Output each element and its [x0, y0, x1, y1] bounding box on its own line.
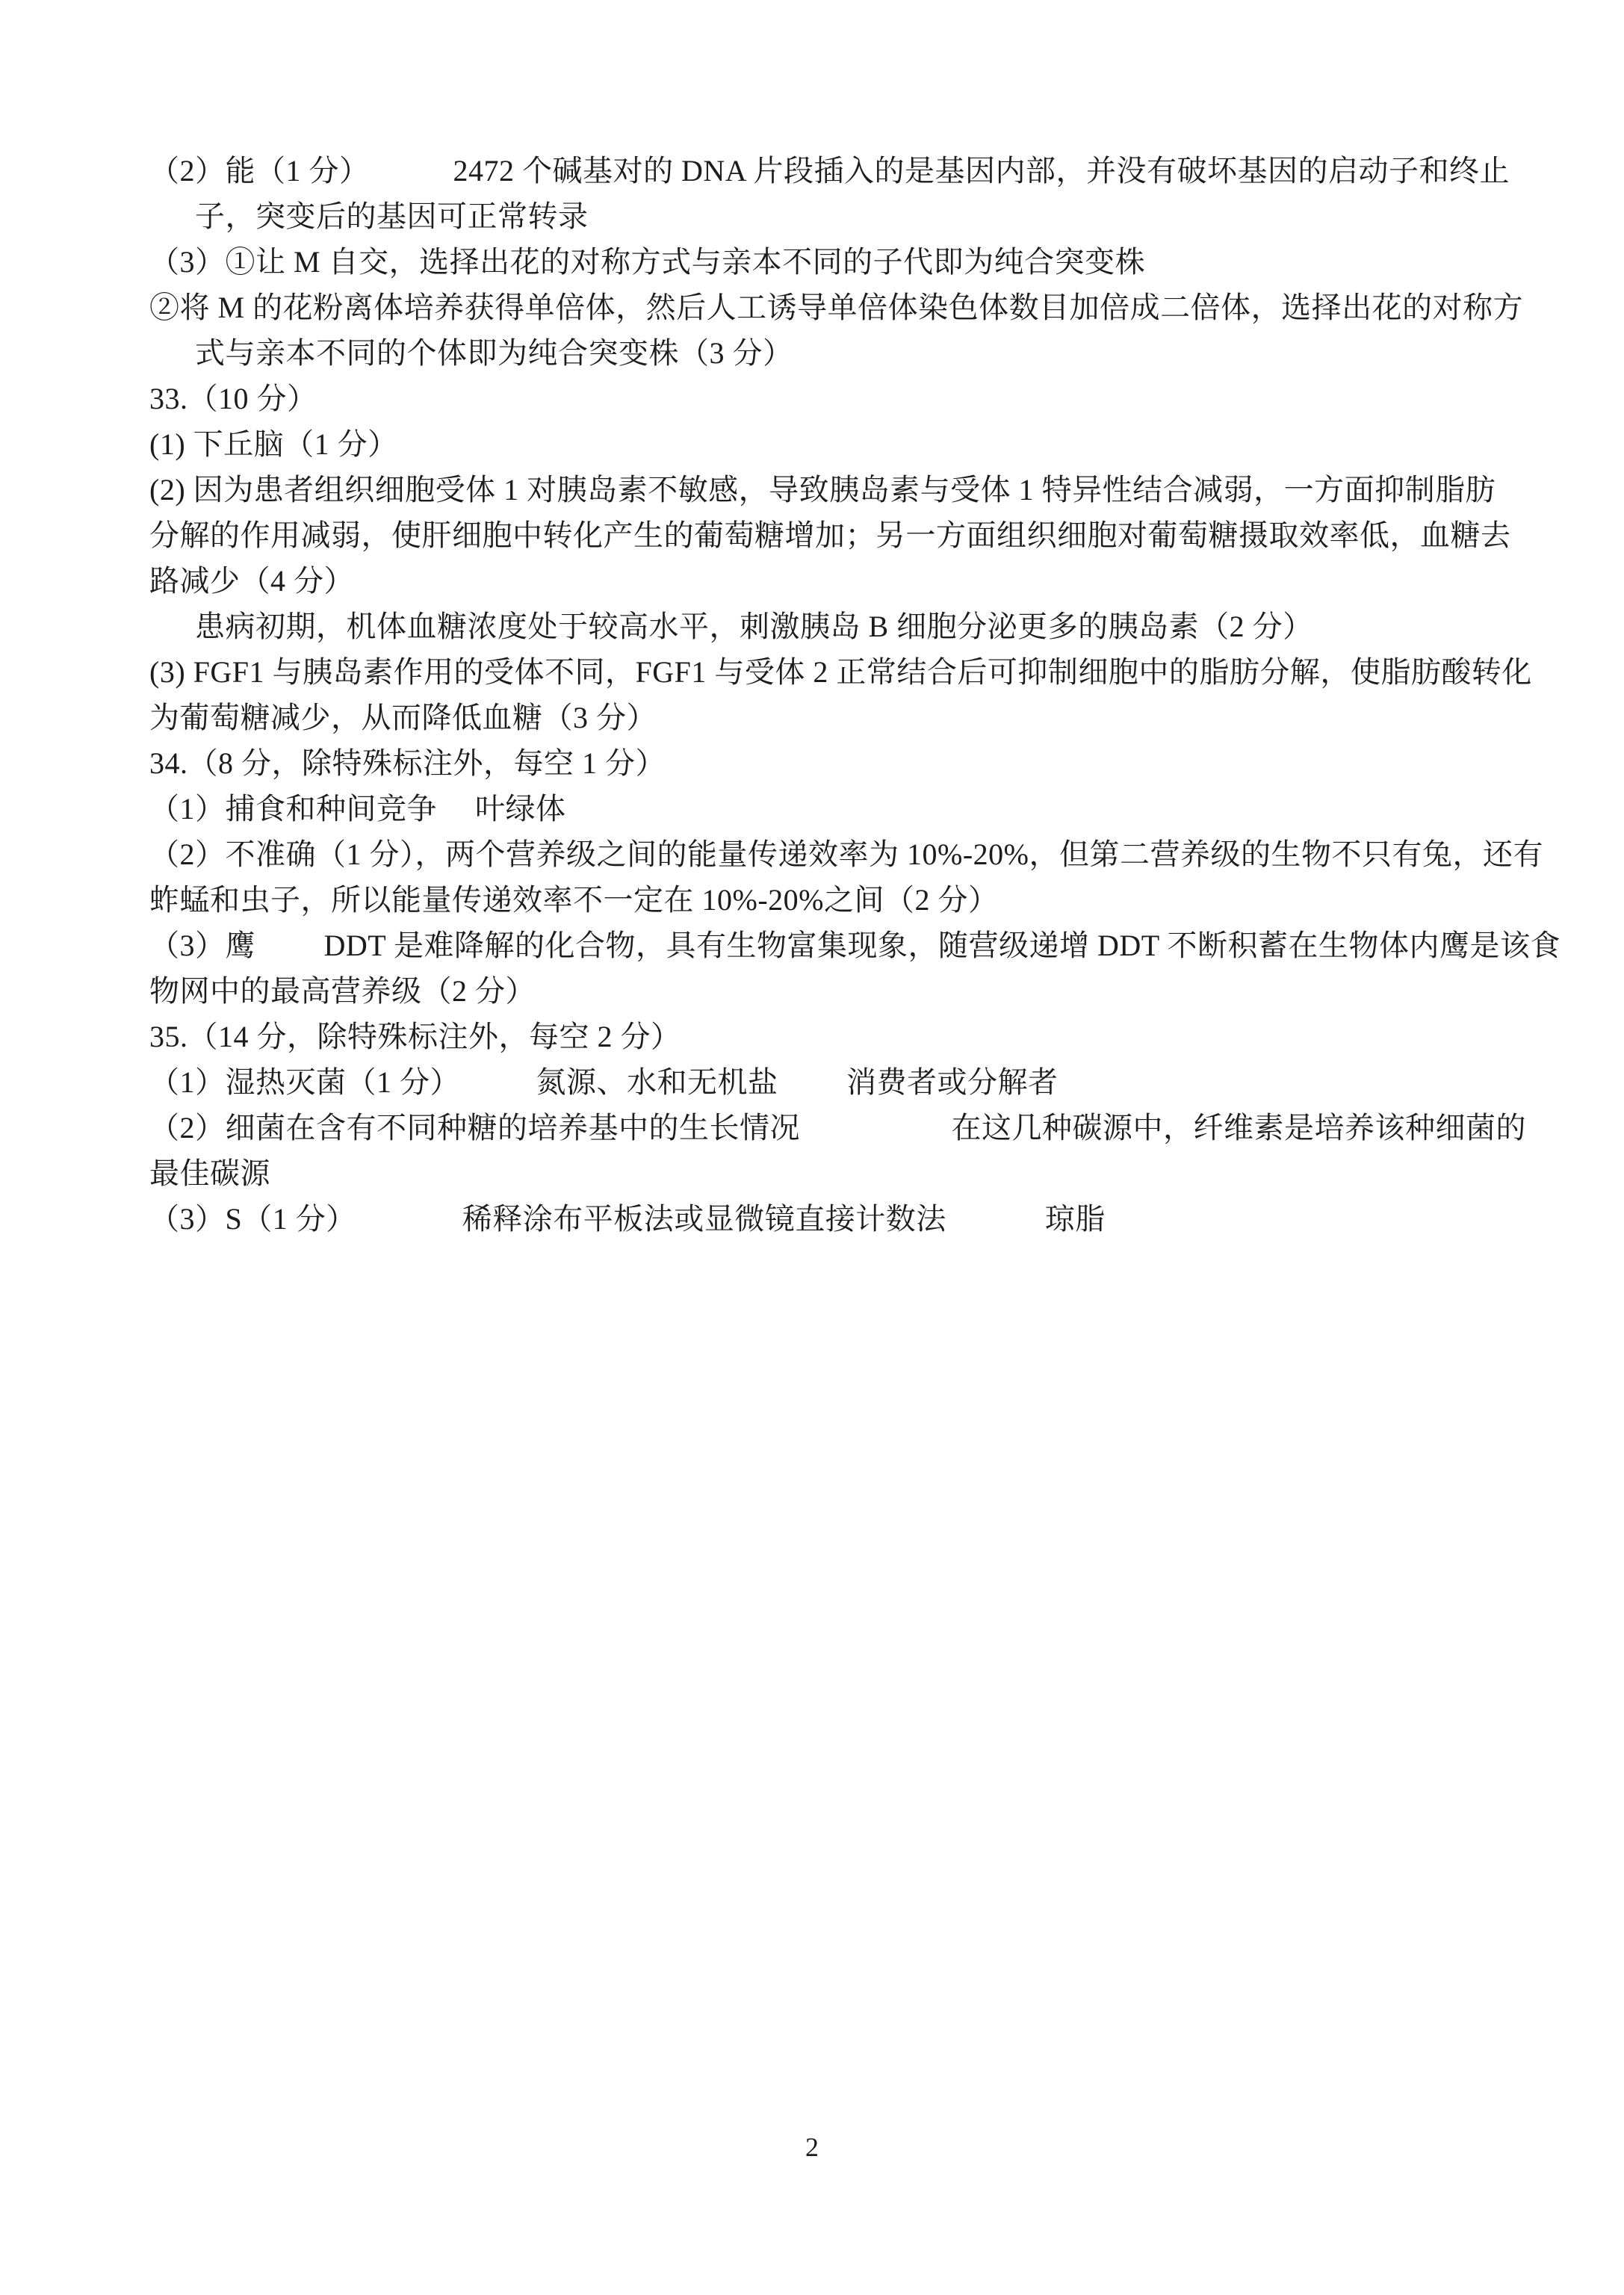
text-line: 物网中的最高营养级（2 分）	[149, 968, 1494, 1014]
text-line: 33.（10 分）	[149, 376, 1494, 421]
text-line: (1) 下丘脑（1 分）	[149, 421, 1494, 467]
text-line: ②将 M 的花粉离体培养获得单倍体，然后人工诱导单倍体染色体数目加倍成二倍体，选…	[149, 285, 1494, 330]
text-line: （3）S（1 分） 稀释涂布平板法或显微镜直接计数法 琼脂	[149, 1196, 1494, 1242]
text-line: （1）湿热灭菌（1 分） 氮源、水和无机盐 消费者或分解者	[149, 1059, 1494, 1105]
text-line: （3）鹰 DDT 是难降解的化合物，具有生物富集现象，随营级递增 DDT 不断积…	[149, 923, 1494, 968]
text-line: 患病初期，机体血糖浓度处于较高水平，刺激胰岛 B 细胞分泌更多的胰岛素（2 分）	[149, 604, 1494, 649]
text-line: (3) FGF1 与胰岛素作用的受体不同，FGF1 与受体 2 正常结合后可抑制…	[149, 649, 1494, 695]
text-line: 34.（8 分，除特殊标注外，每空 1 分）	[149, 740, 1494, 786]
text-line: （3）①让 M 自交，选择出花的对称方式与亲本不同的子代即为纯合突变株	[149, 239, 1494, 285]
text-line: 蚱蜢和虫子，所以能量传递效率不一定在 10%-20%之间（2 分）	[149, 877, 1494, 923]
text-line: (2) 因为患者组织细胞受体 1 对胰岛素不敏感，导致胰岛素与受体 1 特异性结…	[149, 467, 1494, 512]
text-line: 为葡萄糖减少，从而降低血糖（3 分）	[149, 695, 1494, 740]
text-line: 35.（14 分，除特殊标注外，每空 2 分）	[149, 1014, 1494, 1059]
text-line: （2）不准确（1 分），两个营养级之间的能量传递效率为 10%-20%，但第二营…	[149, 831, 1494, 877]
text-line: （2）细菌在含有不同种糖的培养基中的生长情况 在这几种碳源中，纤维素是培养该种细…	[149, 1105, 1494, 1150]
answer-text-block: （2）能（1 分） 2472 个碱基对的 DNA 片段插入的是基因内部，并没有破…	[149, 148, 1494, 1242]
text-line: （1）捕食和种间竞争 叶绿体	[149, 786, 1494, 831]
text-line: 子，突变后的基因可正常转录	[149, 193, 1494, 239]
text-line: 分解的作用减弱，使肝细胞中转化产生的葡萄糖增加；另一方面组织细胞对葡萄糖摄取效率…	[149, 512, 1494, 558]
text-line: 式与亲本不同的个体即为纯合突变株（3 分）	[149, 330, 1494, 376]
text-line: （2）能（1 分） 2472 个碱基对的 DNA 片段插入的是基因内部，并没有破…	[149, 148, 1494, 193]
page-number: 2	[0, 2131, 1624, 2164]
text-line: 路减少（4 分）	[149, 558, 1494, 604]
text-line: 最佳碳源	[149, 1150, 1494, 1196]
answer-key-page: （2）能（1 分） 2472 个碱基对的 DNA 片段插入的是基因内部，并没有破…	[0, 0, 1624, 2295]
